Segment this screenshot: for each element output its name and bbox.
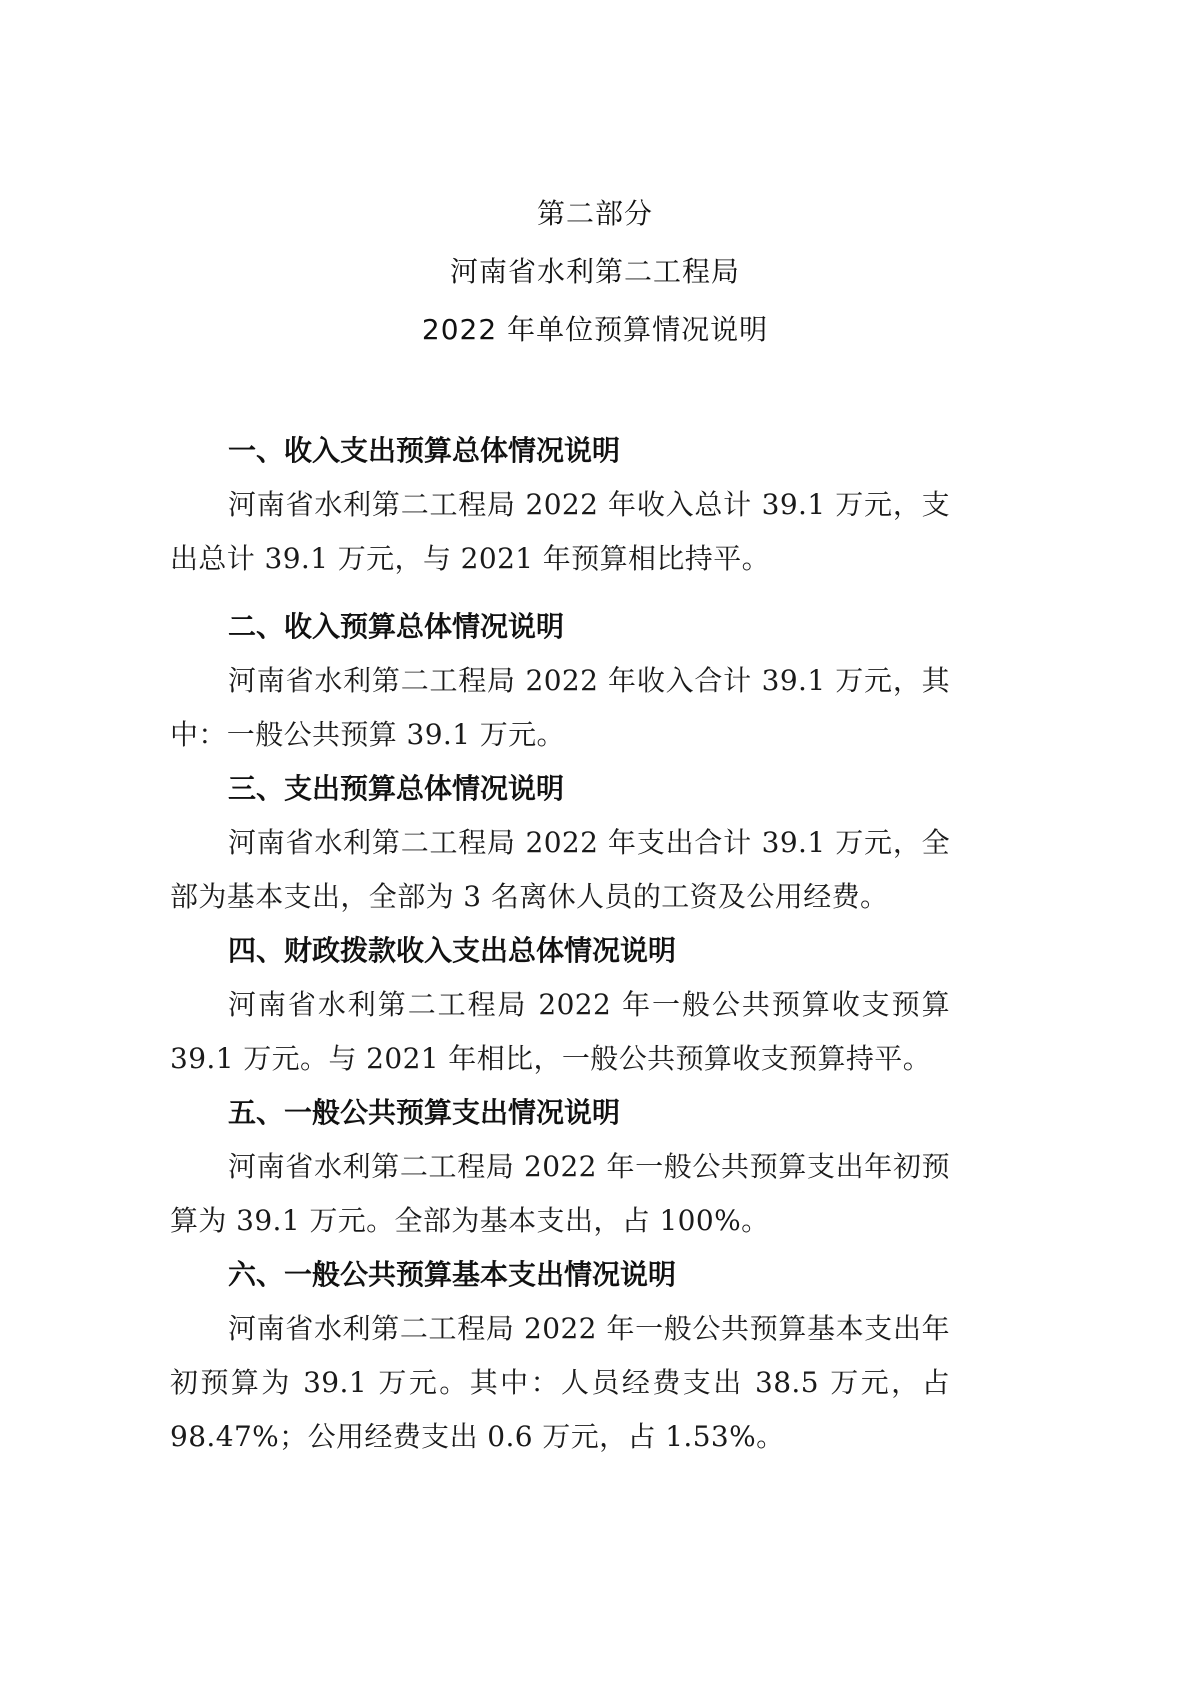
section-5: 五、一般公共预算支出情况说明 河南省水利第二工程局 2022 年一般公共预算支出… — [170, 1086, 950, 1248]
section-4: 四、财政拨款收入支出总体情况说明 河南省水利第二工程局 2022 年一般公共预算… — [170, 924, 950, 1086]
section-heading: 四、财政拨款收入支出总体情况说明 — [170, 924, 950, 978]
section-paragraph: 河南省水利第二工程局 2022 年一般公共预算支出年初预算为 39.1 万元。全… — [170, 1140, 950, 1248]
section-heading: 六、一般公共预算基本支出情况说明 — [170, 1248, 950, 1302]
section-2: 二、收入预算总体情况说明 河南省水利第二工程局 2022 年收入合计 39.1 … — [170, 600, 950, 762]
document-body: 一、收入支出预算总体情况说明 河南省水利第二工程局 2022 年收入总计 39.… — [170, 424, 950, 1464]
section-paragraph: 河南省水利第二工程局 2022 年一般公共预算基本支出年初预算为 39.1 万元… — [170, 1302, 950, 1464]
section-3: 三、支出预算总体情况说明 河南省水利第二工程局 2022 年支出合计 39.1 … — [170, 762, 950, 924]
section-heading: 三、支出预算总体情况说明 — [170, 762, 950, 816]
report-title: 2022 年单位预算情况说明 — [0, 308, 1190, 348]
section-paragraph: 河南省水利第二工程局 2022 年收入合计 39.1 万元，其中：一般公共预算 … — [170, 654, 950, 762]
section-heading: 五、一般公共预算支出情况说明 — [170, 1086, 950, 1140]
section-paragraph: 河南省水利第二工程局 2022 年支出合计 39.1 万元，全部为基本支出，全部… — [170, 816, 950, 924]
section-paragraph: 河南省水利第二工程局 2022 年一般公共预算收支预算 39.1 万元。与 20… — [170, 978, 950, 1086]
organization-title: 河南省水利第二工程局 — [0, 250, 1190, 290]
section-heading: 二、收入预算总体情况说明 — [170, 600, 950, 654]
part-title: 第二部分 — [0, 192, 1190, 232]
section-heading: 一、收入支出预算总体情况说明 — [170, 424, 950, 478]
section-spacer — [170, 586, 950, 600]
section-6: 六、一般公共预算基本支出情况说明 河南省水利第二工程局 2022 年一般公共预算… — [170, 1248, 950, 1464]
section-paragraph: 河南省水利第二工程局 2022 年收入总计 39.1 万元，支出总计 39.1 … — [170, 478, 950, 586]
document-page: 第二部分 河南省水利第二工程局 2022 年单位预算情况说明 一、收入支出预算总… — [0, 0, 1190, 1683]
section-1: 一、收入支出预算总体情况说明 河南省水利第二工程局 2022 年收入总计 39.… — [170, 424, 950, 586]
